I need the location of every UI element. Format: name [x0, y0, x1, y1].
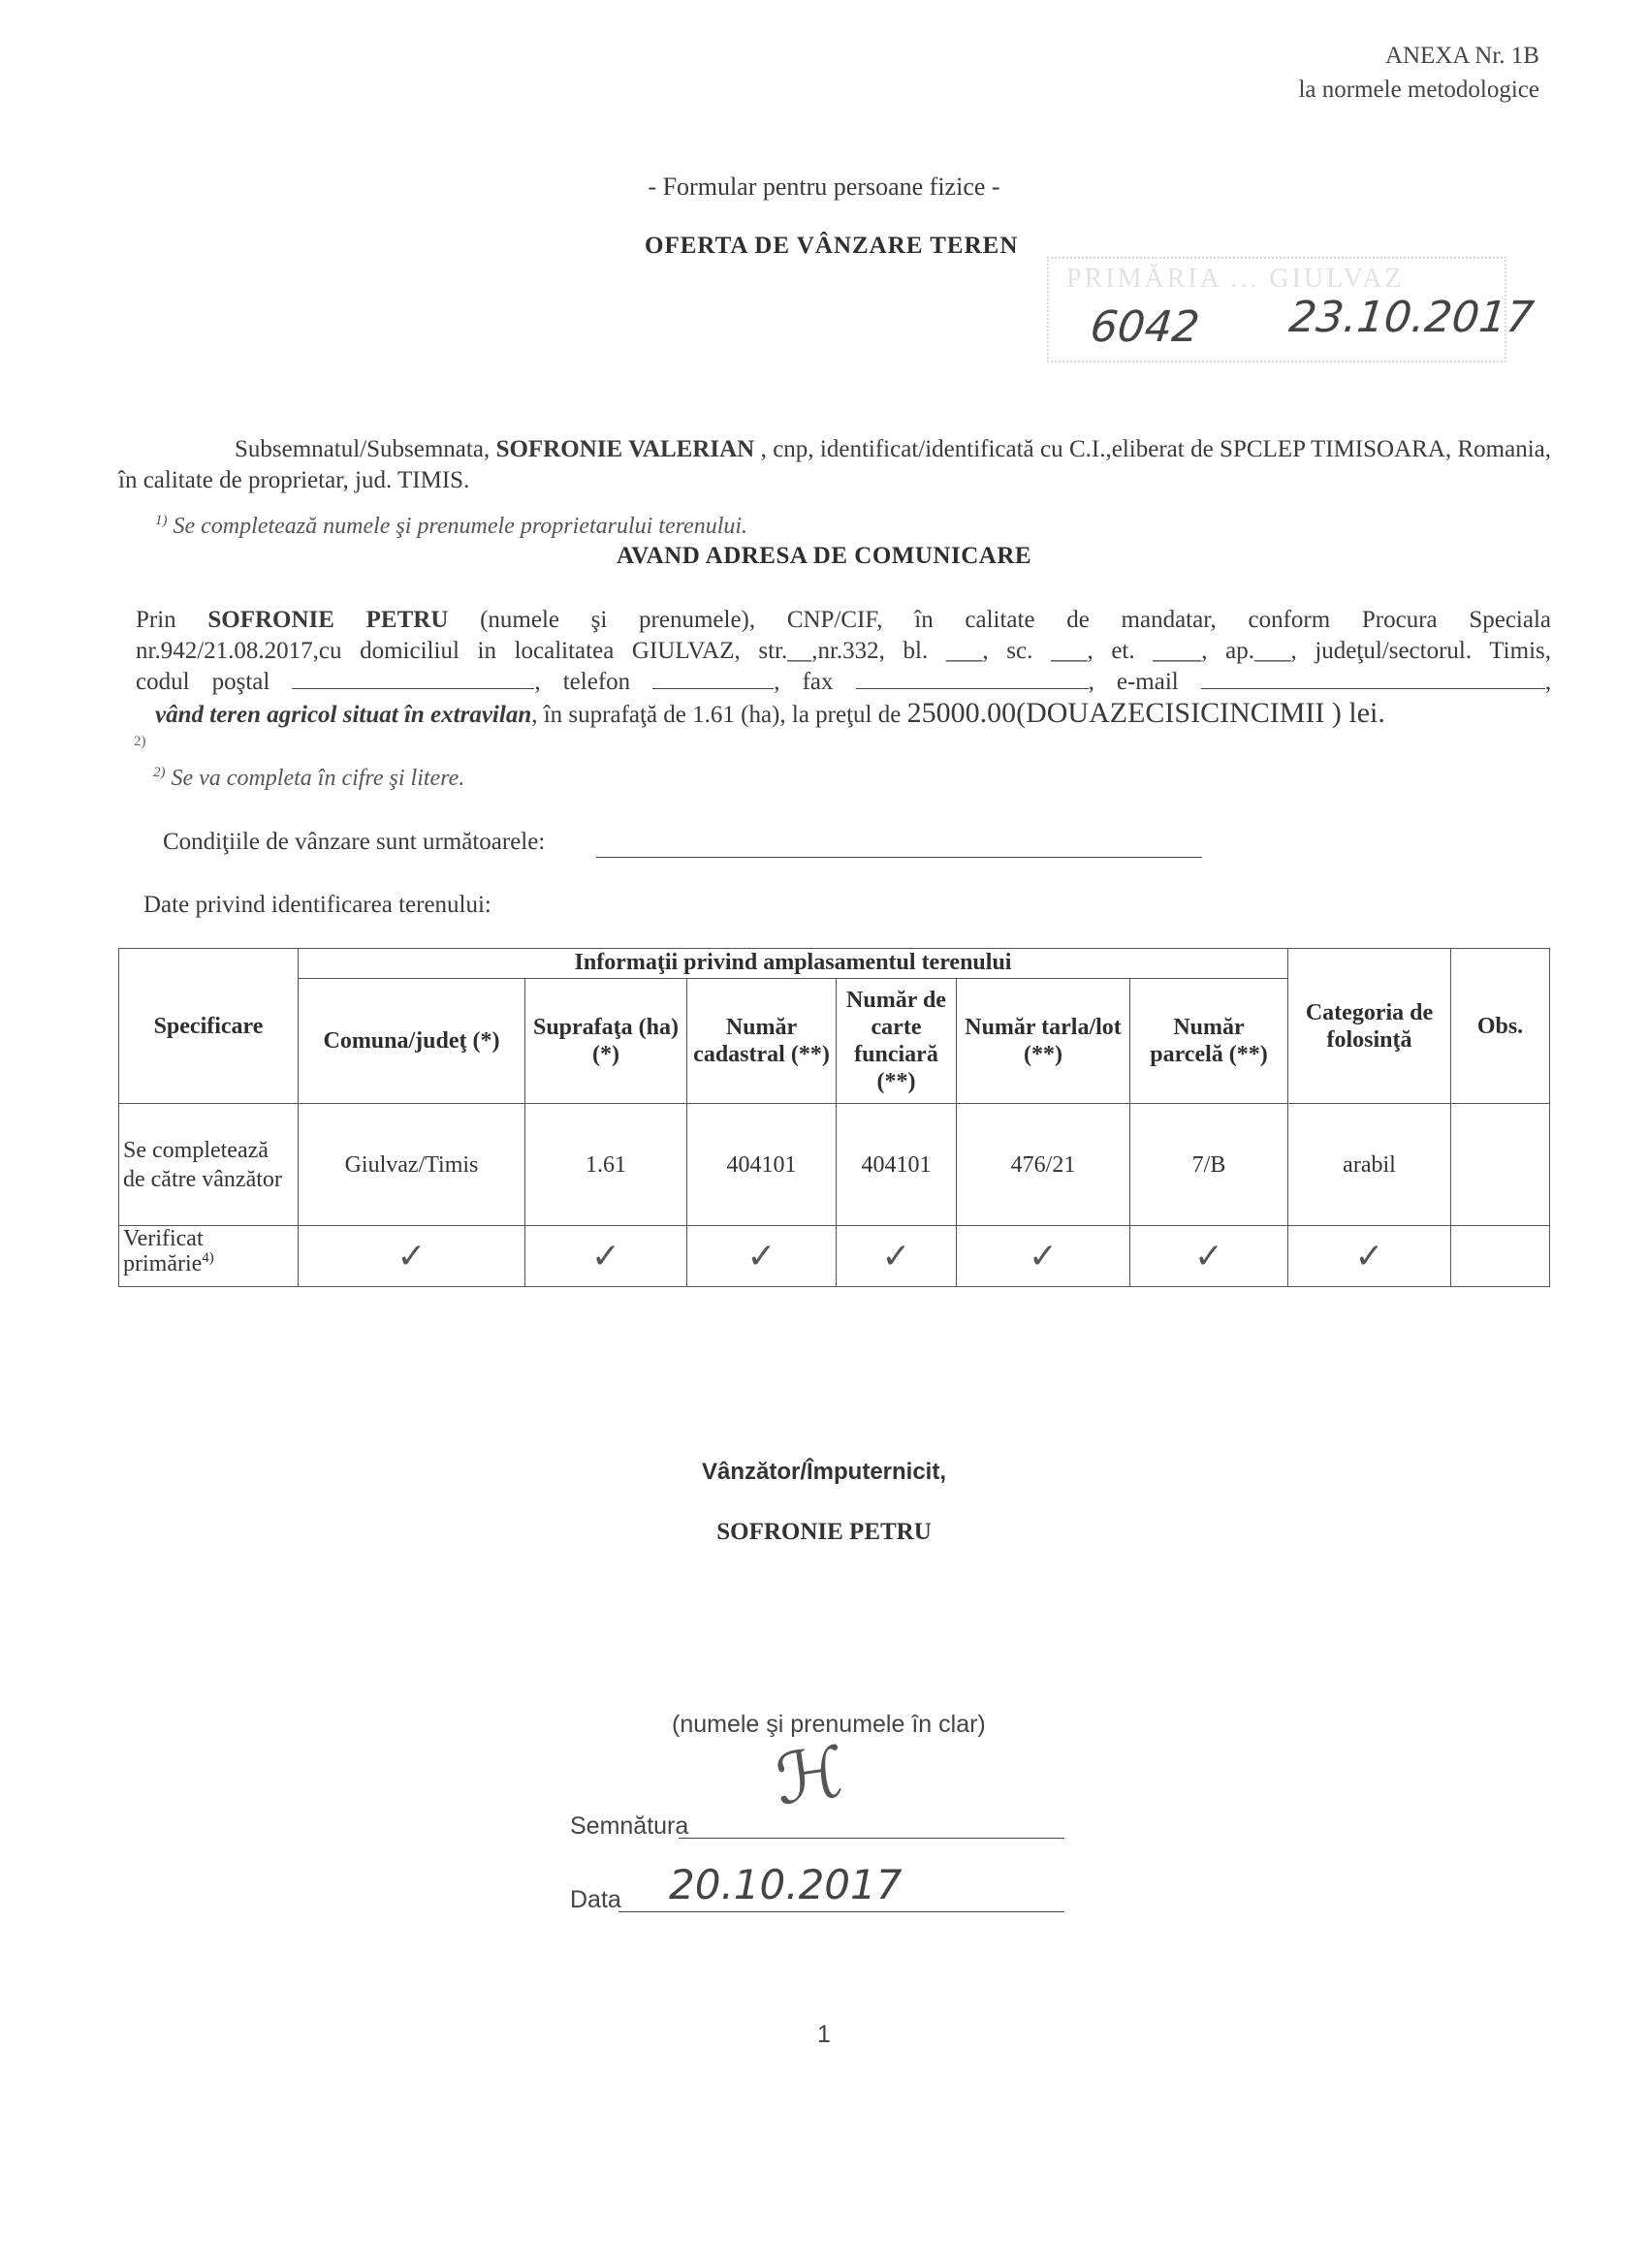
conditions-label: Condiţiile de vânzare sunt următoarele: — [163, 829, 545, 856]
date-field[interactable] — [618, 1911, 1064, 1912]
conditions-field[interactable] — [596, 857, 1202, 858]
agent-name: SOFRONIE PETRU — [207, 607, 448, 633]
header-obs: Obs. — [1451, 949, 1550, 1104]
annex-reference: ANEXA Nr. 1B la normele metodologice — [1298, 39, 1539, 107]
header-group-location: Informaţii privind amplasamentul terenul… — [299, 949, 1288, 979]
stamp-institution: PRIMĂRIA ... GIULVAZ — [1066, 264, 1405, 295]
agent-line-1: Prin SOFRONIE PETRU (numele şi prenumele… — [136, 605, 1551, 636]
signer-name: SOFRONIE PETRU — [0, 1519, 1648, 1546]
check-mark-icon: ✓ — [1029, 1237, 1058, 1276]
check-mark-icon: ✓ — [591, 1237, 620, 1276]
verified-label: Verificat primărie — [123, 1226, 204, 1276]
email-field[interactable] — [1201, 667, 1545, 689]
check-mark-icon: ✓ — [1354, 1237, 1383, 1276]
signature-scribble-icon: ℋ — [771, 1730, 850, 1820]
address-heading: AVAND ADRESA DE COMUNICARE — [0, 543, 1648, 570]
date-label: Data — [570, 1886, 621, 1914]
date-value: 20.10.2017 — [669, 1861, 902, 1908]
sale-price: 25000.00(DOUAZECISICINCIMII ) lei. — [907, 697, 1385, 729]
agent-prefix: Prin — [136, 607, 207, 633]
footnote-2-ref: 2) — [134, 734, 146, 750]
footnote-2-text: Se va completa în cifre şi litere. — [166, 766, 465, 791]
header-categoria: Categoria de folosinţă — [1288, 949, 1451, 1104]
sale-area-text: , în suprafaţă de 1.61 (ha), la preţul d… — [531, 702, 906, 728]
cell-parcela: 7/B — [1130, 1104, 1288, 1226]
signature-field[interactable] — [679, 1838, 1064, 1839]
cell-carte-funciara: 404101 — [837, 1104, 957, 1226]
header-parcela: Număr parcelă (**) — [1130, 979, 1288, 1104]
registration-date: 23.10.2017 — [1286, 293, 1536, 342]
phone-label: telefon — [563, 669, 630, 695]
cell-categoria: arabil — [1288, 1104, 1451, 1226]
agent-role-text: (numele şi prenumele), CNP/CIF, în calit… — [448, 607, 1551, 633]
cell-spec: Se completează de către vânzător — [119, 1104, 299, 1226]
cell-suprafata: 1.61 — [525, 1104, 687, 1226]
page-title: OFERTA DE VÂNZARE TEREN — [645, 233, 1018, 260]
cell-obs — [1451, 1104, 1550, 1226]
postal-code-field[interactable] — [292, 667, 534, 689]
header-carte-funciara: Număr de carte funciară (**) — [837, 979, 957, 1104]
header-comuna: Comuna/judeţ (*) — [299, 979, 525, 1104]
email-label: e-mail — [1117, 669, 1179, 695]
footnote-2-mark: 2) — [153, 765, 166, 780]
sale-line: vând teren agricol situat în extravilan,… — [136, 698, 1551, 731]
owner-prefix: Subsemnatul/Subsemnata, — [235, 436, 496, 462]
check-mark-icon: ✓ — [396, 1237, 426, 1276]
verified-footnote-mark: 4) — [202, 1250, 214, 1266]
header-suprafata: Suprafaţa (ha) (*) — [525, 979, 687, 1104]
header-cadastral: Număr cadastral (**) — [687, 979, 837, 1104]
fax-label: fax — [803, 669, 834, 695]
annex-number: ANEXA Nr. 1B — [1298, 39, 1539, 73]
footnote-1-mark: 1) — [155, 513, 168, 528]
form-subtitle: - Formular pentru persoane fizice - — [0, 173, 1648, 202]
land-identification-label: Date privind identificarea terenului: — [143, 892, 491, 919]
fax-field[interactable] — [856, 667, 1089, 689]
table-row-verified: Verificat primărie4) ✓ ✓ ✓ ✓ ✓ ✓ ✓ — [119, 1226, 1550, 1287]
cell-tarla: 476/21 — [957, 1104, 1130, 1226]
owner-name: SOFRONIE VALERIAN — [496, 436, 755, 462]
table-row-seller: Se completează de către vânzător Giulvaz… — [119, 1104, 1550, 1226]
signature-label: Semnătura — [570, 1812, 688, 1841]
cell-comuna: Giulvaz/Timis — [299, 1104, 525, 1226]
table-header-row: Specificare Informaţii privind amplasame… — [119, 949, 1550, 979]
annex-subtitle: la normele metodologice — [1298, 73, 1539, 107]
owner-paragraph: Subsemnatul/Subsemnata, SOFRONIE VALERIA… — [118, 434, 1551, 496]
agent-address-line: nr.942/21.08.2017,cu domiciliul in local… — [136, 636, 1551, 667]
header-tarla: Număr tarla/lot (**) — [957, 979, 1130, 1104]
registration-number: 6042 — [1088, 302, 1201, 352]
footnote-1: 1) Se completează numele şi prenumele pr… — [155, 514, 747, 540]
check-mark-icon: ✓ — [746, 1237, 776, 1276]
postal-code-label: codul poştal — [136, 669, 269, 695]
sale-emphasis: vând teren agricol situat în extravilan — [155, 702, 531, 728]
cell-verified-label: Verificat primărie4) — [119, 1226, 299, 1287]
land-info-table: Specificare Informaţii privind amplasame… — [118, 948, 1550, 1287]
check-mark-icon: ✓ — [1194, 1237, 1223, 1276]
phone-field[interactable] — [652, 667, 774, 689]
check-mark-icon: ✓ — [881, 1237, 910, 1276]
footnote-2: 2) Se va completa în cifre şi litere. — [153, 766, 464, 792]
agent-paragraph: Prin SOFRONIE PETRU (numele şi prenumele… — [136, 605, 1551, 731]
signer-role: Vânzător/Împuternicit, — [0, 1459, 1648, 1486]
agent-contact-line: codul poştal , telefon , fax , e-mail , — [136, 667, 1551, 698]
cell-verified-obs — [1451, 1226, 1550, 1287]
cell-cadastral: 404101 — [687, 1104, 837, 1226]
footnote-1-text: Se completează numele şi prenumele propr… — [168, 514, 748, 539]
page-number: 1 — [0, 2021, 1648, 2049]
header-specificare: Specificare — [119, 949, 299, 1104]
